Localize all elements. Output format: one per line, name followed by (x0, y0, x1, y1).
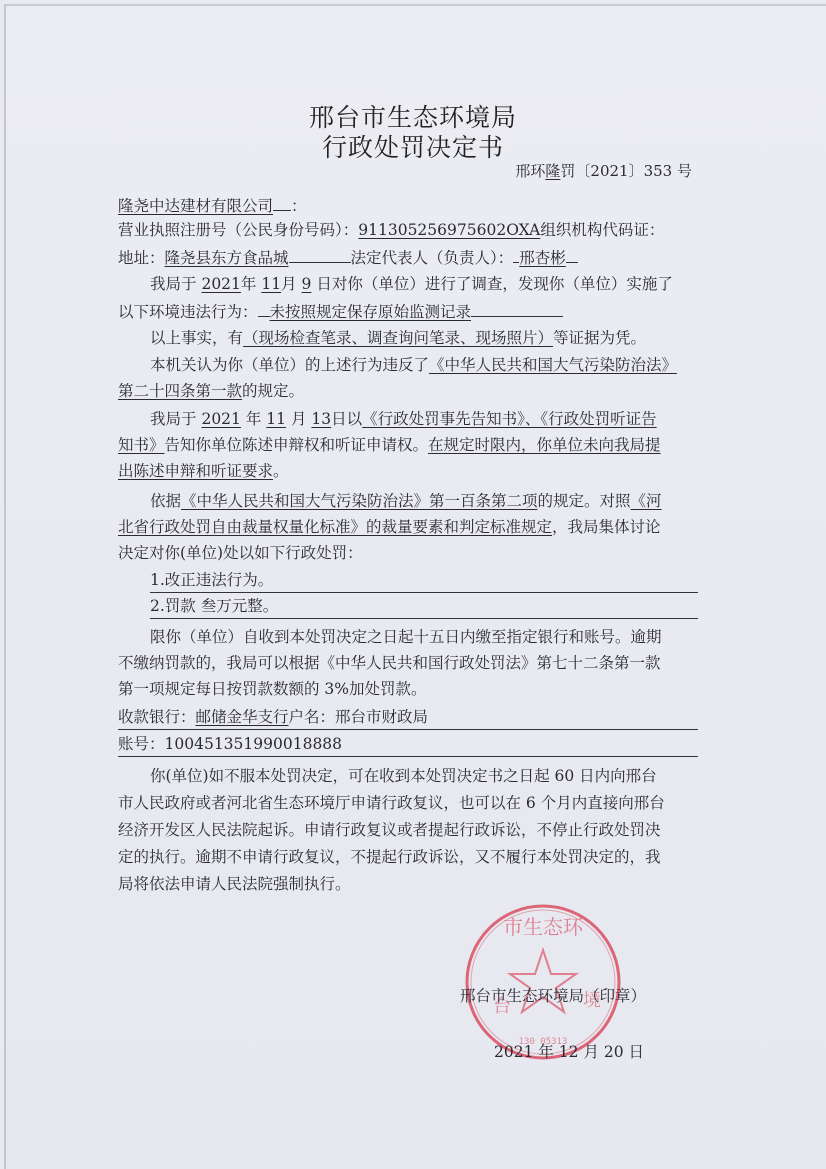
paragraph-appeal-3: 经济开发区人民法院起诉。申请行政复议或者提起行政诉讼，不停止行政处罚决 (118, 818, 661, 842)
paragraph-payment-3: 第一项规定每日按罚款数额的 3%加处罚款。 (118, 677, 427, 701)
address: 隆尧县东方食品城 (165, 249, 289, 267)
violation-line: 以下环境违法行为：未按照规定保存原始监测记录 (118, 298, 563, 324)
license-line: 营业执照注册号（公民身份号码）：911305256975602OXA组织机构代码… (118, 218, 664, 242)
paragraph-notice-cont: 知书》告知你单位陈述申辩权和听证申请权。在规定时限内，你单位未向我局提 (118, 433, 661, 457)
paragraph-notice: 我局于 2021 年 11 月 13日以《行政处罚事先告知书》、《行政处罚听证告 (150, 407, 657, 431)
paragraph-payment-2: 不缴纳罚款的，我局可以根据《中华人民共和国行政处罚法》第七十二条第一款 (118, 651, 661, 675)
document-number: 邢环隆罚〔2021〕353 号 (515, 160, 692, 181)
paragraph-violated-law: 本机关认为你（单位）的上述行为违反了《中华人民共和国大气污染防治法》 (150, 353, 677, 377)
paragraph-appeal-5: 局将依法申请人民法院强制执行。 (118, 872, 351, 896)
legal-representative: 邢杏彬 (519, 249, 566, 267)
address-line: 地址：隆尧县东方食品城法定代表人（负责人）：邢杏彬 (118, 244, 578, 270)
violation: 未按照规定保存原始监测记录 (270, 303, 472, 321)
issuer-signature: 邢台市生态环境局（印章） (460, 984, 646, 1006)
document-type-title: 行政处罚决定书 (0, 128, 826, 164)
paragraph-basis-end: 决定对你(单位)处以如下行政处罚： (118, 541, 363, 565)
account-number: 100451351990018888 (165, 735, 343, 753)
svg-text:市生态环: 市生态环 (503, 915, 584, 939)
party-name: 隆尧中达建材有限公司 (118, 197, 273, 215)
paragraph-violated-law-cont: 第二十四条第一款的规定。 (118, 379, 304, 403)
paragraph-payment: 限你（单位）自收到本处罚决定之日起十五日内缴至指定银行和账号。逾期 (150, 625, 662, 649)
paragraph-appeal-2: 市人民政府或者河北省生态环境厅申请行政复议，也可以在 6 个月内直接向邢台 (118, 791, 665, 815)
penalty-item-1: 1.改正违法行为。 (150, 568, 698, 593)
paragraph-appeal: 你(单位)如不服本处罚决定，可在收到本处罚决定书之日起 60 日内向邢台 (150, 764, 657, 788)
party-name-line: 隆尧中达建材有限公司： (118, 192, 307, 218)
paragraph-basis-cont: 北省行政处罚自由裁量权量化标准》的裁量要素和判定标准规定，我局集体讨论 (118, 515, 661, 539)
paragraph-appeal-4: 定的执行。逾期不申请行政复议，不提起行政诉讼，又不履行本处罚决定的，我 (118, 845, 661, 869)
account-line: 账号：100451351990018888 (118, 732, 698, 757)
issue-date: 2021 年 12 月 20 日 (494, 1040, 644, 1062)
paragraph-investigation: 我局于 2021年 11月 9 日对你（单位）进行了调查，发现你（单位）实施了 (150, 272, 673, 296)
bank-name: 邮储金华支行 (196, 708, 289, 726)
paragraph-evidence: 以上事实，有（现场检查笔录、调查询问笔录、现场照片）等证据为凭。 (150, 326, 646, 350)
penalty-item-2: 2.罚款 叁万元整。 (150, 594, 698, 619)
account-name: 邢台市财政局 (335, 708, 428, 726)
paragraph-basis: 依据《中华人民共和国大气污染防治法》第一百条第二项的规定。对照《河 (150, 489, 662, 513)
license-number: 911305256975602OXA (358, 221, 540, 239)
paragraph-notice-end: 出陈述申辩和听证要求。 (118, 459, 289, 483)
official-seal-icon: 市生态环 台 境 130 05313 (463, 902, 623, 1062)
bank-line: 收款银行：邮储金华支行户名：邢台市财政局 (118, 705, 698, 730)
